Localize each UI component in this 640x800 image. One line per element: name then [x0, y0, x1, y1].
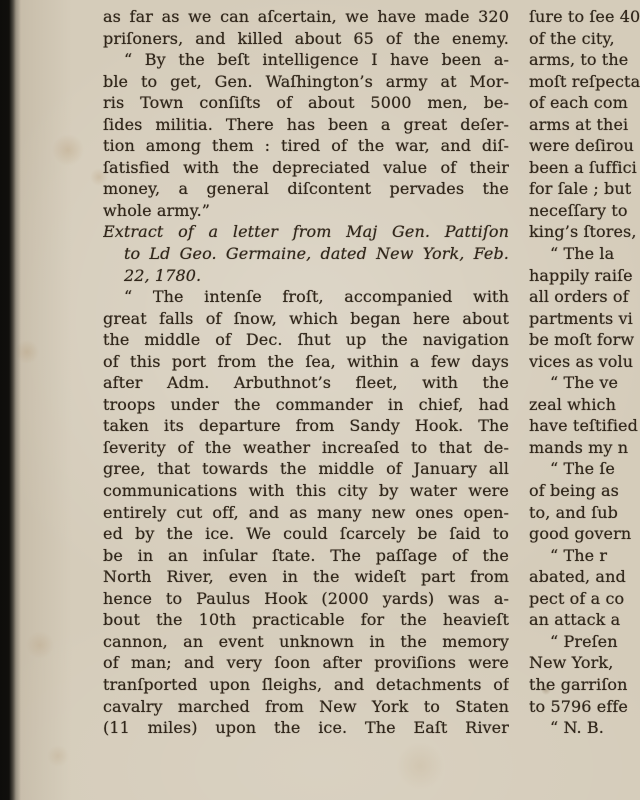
left-text-column: as far as we can aſcertain, we have made… [103, 6, 509, 739]
body-text-line: “ The intenſe froſt, accompanied with [103, 286, 509, 308]
body-text-line: good govern [529, 523, 640, 545]
body-text-line: ſeverity of the weather increaſed to tha… [103, 437, 509, 459]
body-text-line: “ N. B. [529, 717, 640, 739]
body-text-line: “ The ve [529, 372, 640, 394]
body-text-line: arms at thei [529, 114, 640, 136]
body-text-line: taken its departure from Sandy Hook. The [103, 415, 509, 437]
body-text-line: for ſale ; but [529, 178, 640, 200]
body-text-line: money, a general diſcontent pervades the [103, 178, 509, 200]
body-text-line: of being as [529, 480, 640, 502]
body-text-line: “ The ſe [529, 458, 640, 480]
body-text-line: “ The r [529, 545, 640, 567]
body-text-line: cavalry marched from New York to Staten [103, 696, 509, 718]
body-text-line: neceſſary to [529, 200, 640, 222]
body-text-line: pect of a co [529, 588, 640, 610]
right-text-column: ſure to ſee 40of the city,arms, to themo… [529, 6, 640, 739]
body-text-line: “ Preſen [529, 631, 640, 653]
body-text-line: an attack a [529, 609, 640, 631]
body-text-line: troops under the commander in chief, had [103, 394, 509, 416]
body-text-line: ed by the ice. We could ſcarcely be ſaid… [103, 523, 509, 545]
body-text-line: the garriſon [529, 674, 640, 696]
body-text-line: of each com [529, 92, 640, 114]
body-text-line: all orders of [529, 286, 640, 308]
body-text-line: of man; and very ſoon after proviſions w… [103, 652, 509, 674]
letter-heading-line: Extract of a letter from Maj Gen. Pattiſ… [103, 221, 509, 243]
body-text-line: been a ſuffici [529, 157, 640, 179]
body-text-line: ſatisfied with the depreciated value of … [103, 157, 509, 179]
newspaper-page: as far as we can aſcertain, we have made… [0, 0, 640, 800]
scan-binding-edge [0, 0, 22, 800]
body-text-line: be moſt forw [529, 329, 640, 351]
body-text-line: of this port from the ſea, within a few … [103, 351, 509, 373]
body-text-line: after Adm. Arbuthnot’s fleet, with the [103, 372, 509, 394]
body-text-line: have teſtified [529, 415, 640, 437]
body-text-line: of the city, [529, 28, 640, 50]
body-text-line: as far as we can aſcertain, we have made… [103, 6, 509, 28]
body-text-line: New York, [529, 652, 640, 674]
body-text-line: hence to Paulus Hook (2000 yards) was a- [103, 588, 509, 610]
body-text-line: gree, that towards the middle of January… [103, 458, 509, 480]
body-text-line: be in an inſular ſtate. The paſſage of t… [103, 545, 509, 567]
scanned-newspaper-screenshot: { "colors": { "paper": "#d5ccba", "ink":… [0, 0, 640, 800]
body-text-line: great falls of ſnow, which began here ab… [103, 308, 509, 330]
body-text-line: whole army.” [103, 200, 509, 222]
body-text-line: moſt reſpecta [529, 71, 640, 93]
body-text-line: “ The la [529, 243, 640, 265]
body-text-line: (11 miles) upon the ice. The Eaſt River [103, 717, 509, 739]
body-text-line: North River, even in the wideſt part fro… [103, 566, 509, 588]
body-text-line: “ By the beſt intelligence I have been a… [103, 49, 509, 71]
body-text-line: tion among them : tired of the war, and … [103, 135, 509, 157]
body-text-line: zeal which [529, 394, 640, 416]
body-text-line: abated, and [529, 566, 640, 588]
body-text-line: communications with this city by water w… [103, 480, 509, 502]
body-text-line: bout the 10th practicable for the heavie… [103, 609, 509, 631]
letter-heading-line: 22, 1780. [103, 265, 509, 287]
body-text-line: ſides militia. There has been a great de… [103, 114, 509, 136]
body-text-line: arms, to the [529, 49, 640, 71]
body-text-line: ſure to ſee 40 [529, 6, 640, 28]
body-text-line: to 5796 effe [529, 696, 640, 718]
body-text-line: mands my n [529, 437, 640, 459]
body-text-line: vices as volu [529, 351, 640, 373]
body-text-line: happily raiſe [529, 265, 640, 287]
letter-heading-line: to Ld Geo. Germaine, dated New York, Feb… [103, 243, 509, 265]
body-text-line: cannon, an event unknown in the memory [103, 631, 509, 653]
body-text-line: to, and ſub [529, 502, 640, 524]
body-text-line: entirely cut off, and as many new ones o… [103, 502, 509, 524]
body-text-line: king’s ſtores, [529, 221, 640, 243]
body-text-line: the middle of Dec. ſhut up the navigatio… [103, 329, 509, 351]
body-text-line: partments vi [529, 308, 640, 330]
body-text-line: tranſported upon ſleighs, and detachment… [103, 674, 509, 696]
body-text-line: priſoners, and killed about 65 of the en… [103, 28, 509, 50]
body-text-line: ris Town conſiſts of about 5000 men, be- [103, 92, 509, 114]
body-text-line: ble to get, Gen. Waſhington’s army at Mo… [103, 71, 509, 93]
body-text-line: were deſirou [529, 135, 640, 157]
